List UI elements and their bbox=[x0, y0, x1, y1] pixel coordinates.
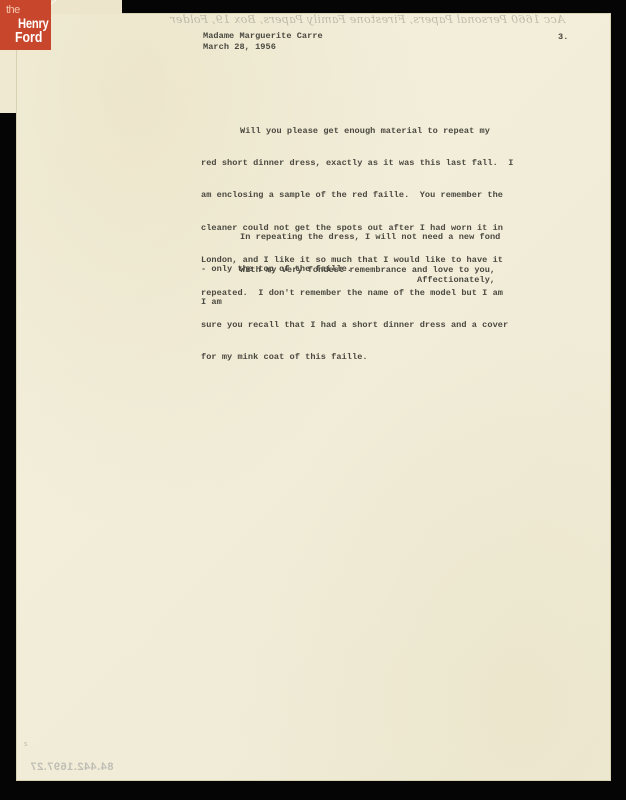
closing-salutation: Affectionately, bbox=[417, 275, 495, 286]
page-number: 3. bbox=[558, 32, 568, 43]
text-line: am enclosing a sample of the red faille.… bbox=[201, 190, 513, 201]
handwritten-annotation: Acc 1660 Personal Papers, Firestone Fami… bbox=[125, 13, 610, 26]
letter-date: March 28, 1956 bbox=[203, 42, 276, 53]
logo-ford: Ford bbox=[15, 30, 42, 45]
henry-ford-logo: the Henry Ford bbox=[0, 0, 51, 50]
text-line: I am bbox=[201, 297, 495, 308]
document-viewer: the Henry Ford Acc 1660 Personal Papers,… bbox=[0, 0, 626, 800]
text-line: for my mink coat of this faille. bbox=[201, 352, 513, 363]
text-line: red short dinner dress, exactly as it wa… bbox=[201, 158, 513, 169]
logo-henry: Henry bbox=[18, 16, 49, 30]
paragraph-3: With my very fondest remembrance and lov… bbox=[201, 243, 495, 329]
recipient-name: Madame Marguerite Carre bbox=[203, 31, 323, 42]
accession-number: 84.442.1697.27 bbox=[30, 761, 113, 773]
text-line: In repeating the dress, I will not need … bbox=[201, 232, 500, 243]
accession-mark: s bbox=[24, 742, 28, 748]
text-line: Will you please get enough material to r… bbox=[201, 126, 513, 137]
text-line: With my very fondest remembrance and lov… bbox=[201, 265, 495, 276]
